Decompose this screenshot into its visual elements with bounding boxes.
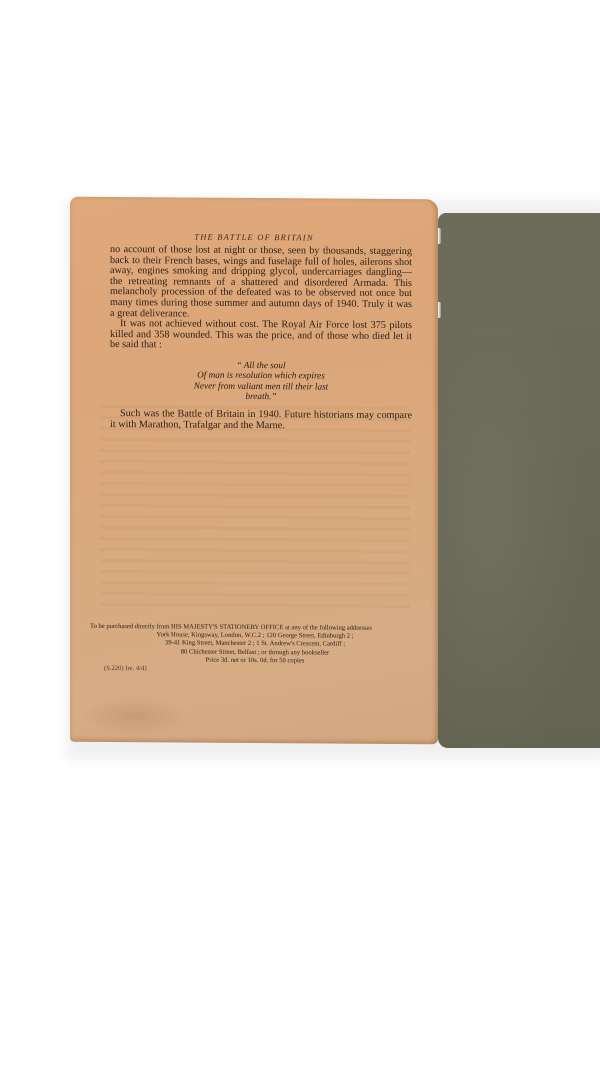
book-page: THE BATTLE OF BRITAIN no account of thos… bbox=[70, 197, 438, 745]
poem-line: breath.” bbox=[110, 390, 412, 403]
poem-quote: “ All the soul Of man is resolution whic… bbox=[110, 359, 412, 403]
running-head: THE BATTLE OF BRITAIN bbox=[70, 231, 438, 244]
paragraph-3: Such was the Battle of Britain in 1940. … bbox=[110, 409, 412, 432]
back-cover bbox=[438, 213, 600, 748]
publisher-imprint: To be purchased directly from HIS MAJEST… bbox=[90, 623, 420, 666]
page-stain bbox=[80, 696, 190, 737]
body-text: no account of those lost at night or tho… bbox=[110, 245, 412, 432]
photo-scene: THE BATTLE OF BRITAIN no account of thos… bbox=[0, 0, 600, 1067]
paragraph-2: It was not achieved without cost. The Ro… bbox=[110, 319, 412, 353]
printer-code: (S.220) Ire. 4/41 bbox=[104, 665, 148, 672]
paragraph-1: no account of those lost at night or tho… bbox=[110, 245, 412, 321]
